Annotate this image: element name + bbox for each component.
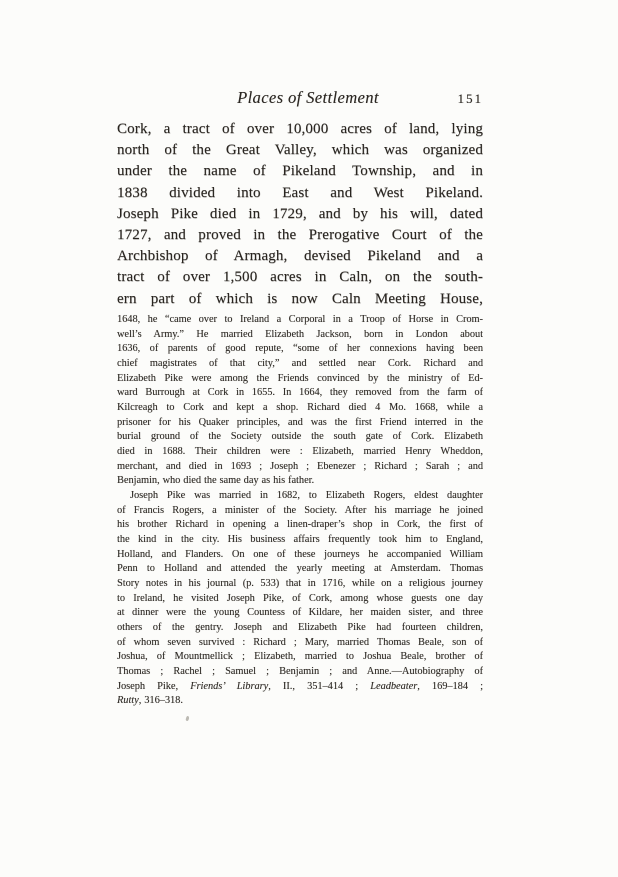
main-line: Archbishop of Armagh, devised Pikeland a…: [117, 246, 483, 267]
main-line: Joseph Pike died in 1729, and by his wil…: [117, 204, 483, 225]
main-line: tract of over 1,500 acres in Caln, on th…: [117, 267, 483, 288]
page-number: 151: [458, 91, 484, 107]
main-line: under the name of Pikeland Township, and…: [117, 161, 483, 182]
running-header: Places of Settlement 151: [117, 88, 483, 108]
footnote-line: Elizabeth Pike were among the Friends co…: [117, 372, 483, 387]
footnote-line: burial ground of the Society outside the…: [117, 430, 483, 445]
main-paragraph: Cork, a tract of over 10,000 acres of la…: [117, 119, 483, 310]
footnote-line: to Ireland, he visited Joseph Pike, of C…: [117, 592, 483, 607]
footnote-line: at dinner were the young Countess of Kil…: [117, 606, 483, 621]
footnote-line: Thomas ; Rachel ; Samuel ; Benjamin ; an…: [117, 665, 483, 680]
main-line: north of the Great Valley, which was org…: [117, 140, 483, 161]
footnote-line: died in 1688. Their children were : Eliz…: [117, 445, 483, 460]
footnote-line: his brother Richard in opening a linen-d…: [117, 518, 483, 533]
book-page: Places of Settlement 151 Cork, a tract o…: [0, 0, 618, 877]
main-line: 1727, and proved in the Prerogative Cour…: [117, 225, 483, 246]
footnote-line: ward Burrough at Cork in 1655. In 1664, …: [117, 386, 483, 401]
footnote-line: Penn to Holland and attended the yearly …: [117, 562, 483, 577]
scan-speck: [185, 716, 189, 722]
footnote-line: chief magistrates of that city,” and set…: [117, 357, 483, 372]
footnote-line: Joseph Pike was married in 1682, to Eliz…: [117, 489, 483, 504]
footnote-line: merchant, and died in 1693 ; Joseph ; Eb…: [117, 460, 483, 475]
footnote-line: Kilcreagh to Cork and kept a shop. Richa…: [117, 401, 483, 416]
page-title: Places of Settlement: [117, 88, 483, 108]
footnote-citation-line: Joseph Pike, Friends’ Library, II., 351–…: [117, 680, 483, 695]
footnote-line: Benjamin, who died the same day as his f…: [117, 474, 483, 489]
footnote-line: Holland, and Flanders. On one of these j…: [117, 548, 483, 563]
main-line: ern part of which is now Caln Meeting Ho…: [117, 289, 483, 310]
footnote-block: 1648, he “came over to Ireland a Corpora…: [117, 313, 483, 709]
footnote-line: of Francis Rogers, a minister of the Soc…: [117, 504, 483, 519]
footnote-line: prisoner for his Quaker principles, and …: [117, 416, 483, 431]
footnote-line: Story notes in his journal (p. 533) that…: [117, 577, 483, 592]
main-line: Cork, a tract of over 10,000 acres of la…: [117, 119, 483, 140]
main-line: 1838 divided into East and West Pikeland…: [117, 183, 483, 204]
footnote-line: Joshua, of Mountmellick ; Elizabeth, mar…: [117, 650, 483, 665]
footnote-line: the kind in the city. His business affai…: [117, 533, 483, 548]
footnote-line: of whom seven survived : Richard ; Mary,…: [117, 636, 483, 651]
footnote-last-line: Rutty, 316–318.: [117, 694, 483, 709]
footnote-line: 1648, he “came over to Ireland a Corpora…: [117, 313, 483, 328]
footnote-line: others of the gentry. Joseph and Elizabe…: [117, 621, 483, 636]
footnote-line: well’s Army.” He married Elizabeth Jacks…: [117, 328, 483, 343]
footnote-line: 1636, of parents of good repute, “some o…: [117, 342, 483, 357]
